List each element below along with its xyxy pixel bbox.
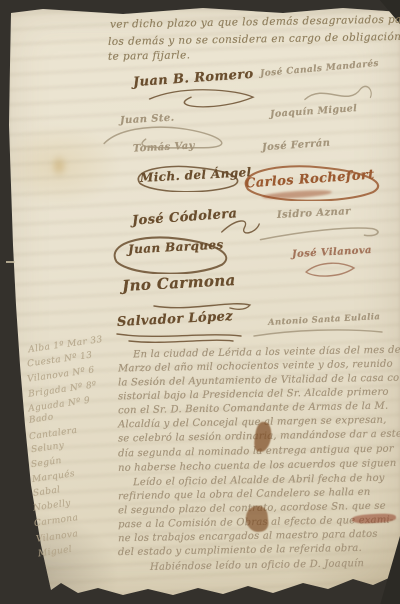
signature-flourish (218, 216, 263, 236)
signature-flourish (300, 258, 360, 278)
signature-flourish (258, 222, 388, 244)
signature-flourish (145, 88, 260, 110)
left-margin-tick (6, 261, 15, 263)
manuscript-scan: ver dicho plazo ya que los demás desagra… (0, 0, 400, 604)
signature-flourish (128, 164, 248, 192)
opening-line: te para fijarle. (108, 49, 191, 62)
signature-flourish (300, 80, 380, 106)
signature-flourish (115, 330, 245, 344)
signature-flourish (232, 163, 392, 201)
signature-flourish (103, 234, 238, 274)
signature-flourish (252, 326, 387, 340)
